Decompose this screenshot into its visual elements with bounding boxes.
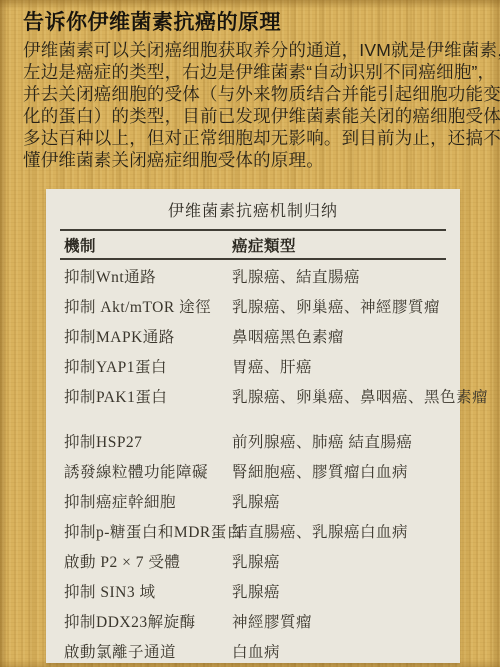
intro-line: 多达百种以上，但对正常细胞却无影响。到目前为止，还搞不 [23,127,485,149]
mechanism-cell: 抑制HSP27 [64,430,232,452]
mechanism-cell: 抑制Wnt通路 [64,265,232,287]
column-header-cancer-type: 癌症類型 [232,234,442,256]
intro-line: 左边是癌症的类型，右边是伊维菌素“自动识别不同癌细胞”， [23,61,485,83]
table-row: 抑制Wnt通路 乳腺癌、結直腸癌 [64,261,442,291]
intro-line: 伊维菌素可以关闭癌细胞获取养分的通道，IVM就是伊维菌素， [23,39,485,61]
table-group: 抑制HSP27 前列腺癌、肺癌 結直腸癌 誘發線粒體功能障礙 腎細胞癌、膠質瘤白… [46,425,460,666]
header-block: 告诉你伊维菌素抗癌的原理 伊维菌素可以关闭癌细胞获取养分的通道，IVM就是伊维菌… [23,10,485,171]
mechanism-cell: 抑制癌症幹細胞 [64,490,232,512]
page-background: 告诉你伊维菌素抗癌的原理 伊维菌素可以关闭癌细胞获取养分的通道，IVM就是伊维菌… [0,0,500,667]
mechanism-cell: 啟動 P2 × 7 受體 [64,550,232,572]
mechanism-table-panel: 伊维菌素抗癌机制归纳 機制 癌症類型 抑制Wnt通路 乳腺癌、結直腸癌 抑制 A… [46,189,460,663]
mechanism-cell: 啟動氯離子通道 [64,640,232,662]
cancer-type-cell: 乳腺癌、卵巢癌、神經膠質瘤 [232,295,442,317]
table-row: 抑制癌症幹細胞 乳腺癌 [64,486,442,516]
intro-line: 并去关闭癌细胞的受体（与外来物质结合并能引起细胞功能变 [23,83,485,105]
cancer-type-cell: 胃癌、肝癌 [232,355,442,377]
cancer-type-cell: 乳腺癌、結直腸癌 [232,265,442,287]
cancer-type-cell: 腎細胞癌、膠質瘤白血病 [232,460,442,482]
mechanism-cell: 抑制PAK1蛋白 [64,385,232,407]
mechanism-cell: 抑制 SIN3 域 [64,580,232,602]
table-row: 抑制HSP27 前列腺癌、肺癌 結直腸癌 [64,426,442,456]
table-row: 抑制MAPK通路 鼻咽癌黑色素瘤 [64,321,442,351]
table-row: 啟動氯離子通道 白血病 [64,636,442,666]
table-row: 抑制PAK1蛋白 乳腺癌、卵巢癌、鼻咽癌、黑色素瘤 [64,381,442,411]
table-row: 誘發線粒體功能障礙 腎細胞癌、膠質瘤白血病 [64,456,442,486]
cancer-type-cell: 鼻咽癌黑色素瘤 [232,325,442,347]
mechanism-cell: 抑制 Akt/mTOR 途徑 [64,295,232,317]
table-row: 抑制 SIN3 域 乳腺癌 [64,576,442,606]
cancer-type-cell: 神經膠質瘤 [232,610,442,632]
mechanism-cell: 誘發線粒體功能障礙 [64,460,232,482]
table-title: 伊维菌素抗癌机制归纳 [46,189,460,223]
table-row: 啟動 P2 × 7 受體 乳腺癌 [64,546,442,576]
table-header-row: 機制 癌症類型 [46,231,460,258]
intro-line: 化的蛋白）的类型，目前已发现伊维菌素能关闭的癌细胞受体 [23,105,485,127]
cancer-type-cell: 乳腺癌、卵巢癌、鼻咽癌、黑色素瘤 [232,385,488,407]
mechanism-cell: 抑制DDX23解旋酶 [64,610,232,632]
cancer-type-cell: 乳腺癌 [232,490,442,512]
table-row: 抑制DDX23解旋酶 神經膠質瘤 [64,606,442,636]
intro-line: 懂伊维菌素关闭癌症细胞受体的原理。 [23,149,485,171]
cancer-type-cell: 乳腺癌 [232,580,442,602]
cancer-type-cell: 白血病 [232,640,442,662]
page-title: 告诉你伊维菌素抗癌的原理 [23,10,485,36]
intro-paragraph: 伊维菌素可以关闭癌细胞获取养分的通道，IVM就是伊维菌素， 左边是癌症的类型，右… [23,39,485,171]
mechanism-cell: 抑制YAP1蛋白 [64,355,232,377]
table-row: 抑制p-糖蛋白和MDR蛋白 結直腸癌、乳腺癌白血病 [64,516,442,546]
cancer-type-cell: 結直腸癌、乳腺癌白血病 [232,520,442,542]
cancer-type-cell: 乳腺癌 [232,550,442,572]
cancer-type-cell: 前列腺癌、肺癌 結直腸癌 [232,430,442,452]
column-header-mechanism: 機制 [64,234,232,256]
table-row: 抑制YAP1蛋白 胃癌、肝癌 [64,351,442,381]
table-group: 抑制Wnt通路 乳腺癌、結直腸癌 抑制 Akt/mTOR 途徑 乳腺癌、卵巢癌、… [46,260,460,411]
table-row: 抑制 Akt/mTOR 途徑 乳腺癌、卵巢癌、神經膠質瘤 [64,291,442,321]
mechanism-cell: 抑制MAPK通路 [64,325,232,347]
mechanism-cell: 抑制p-糖蛋白和MDR蛋白 [64,520,232,542]
